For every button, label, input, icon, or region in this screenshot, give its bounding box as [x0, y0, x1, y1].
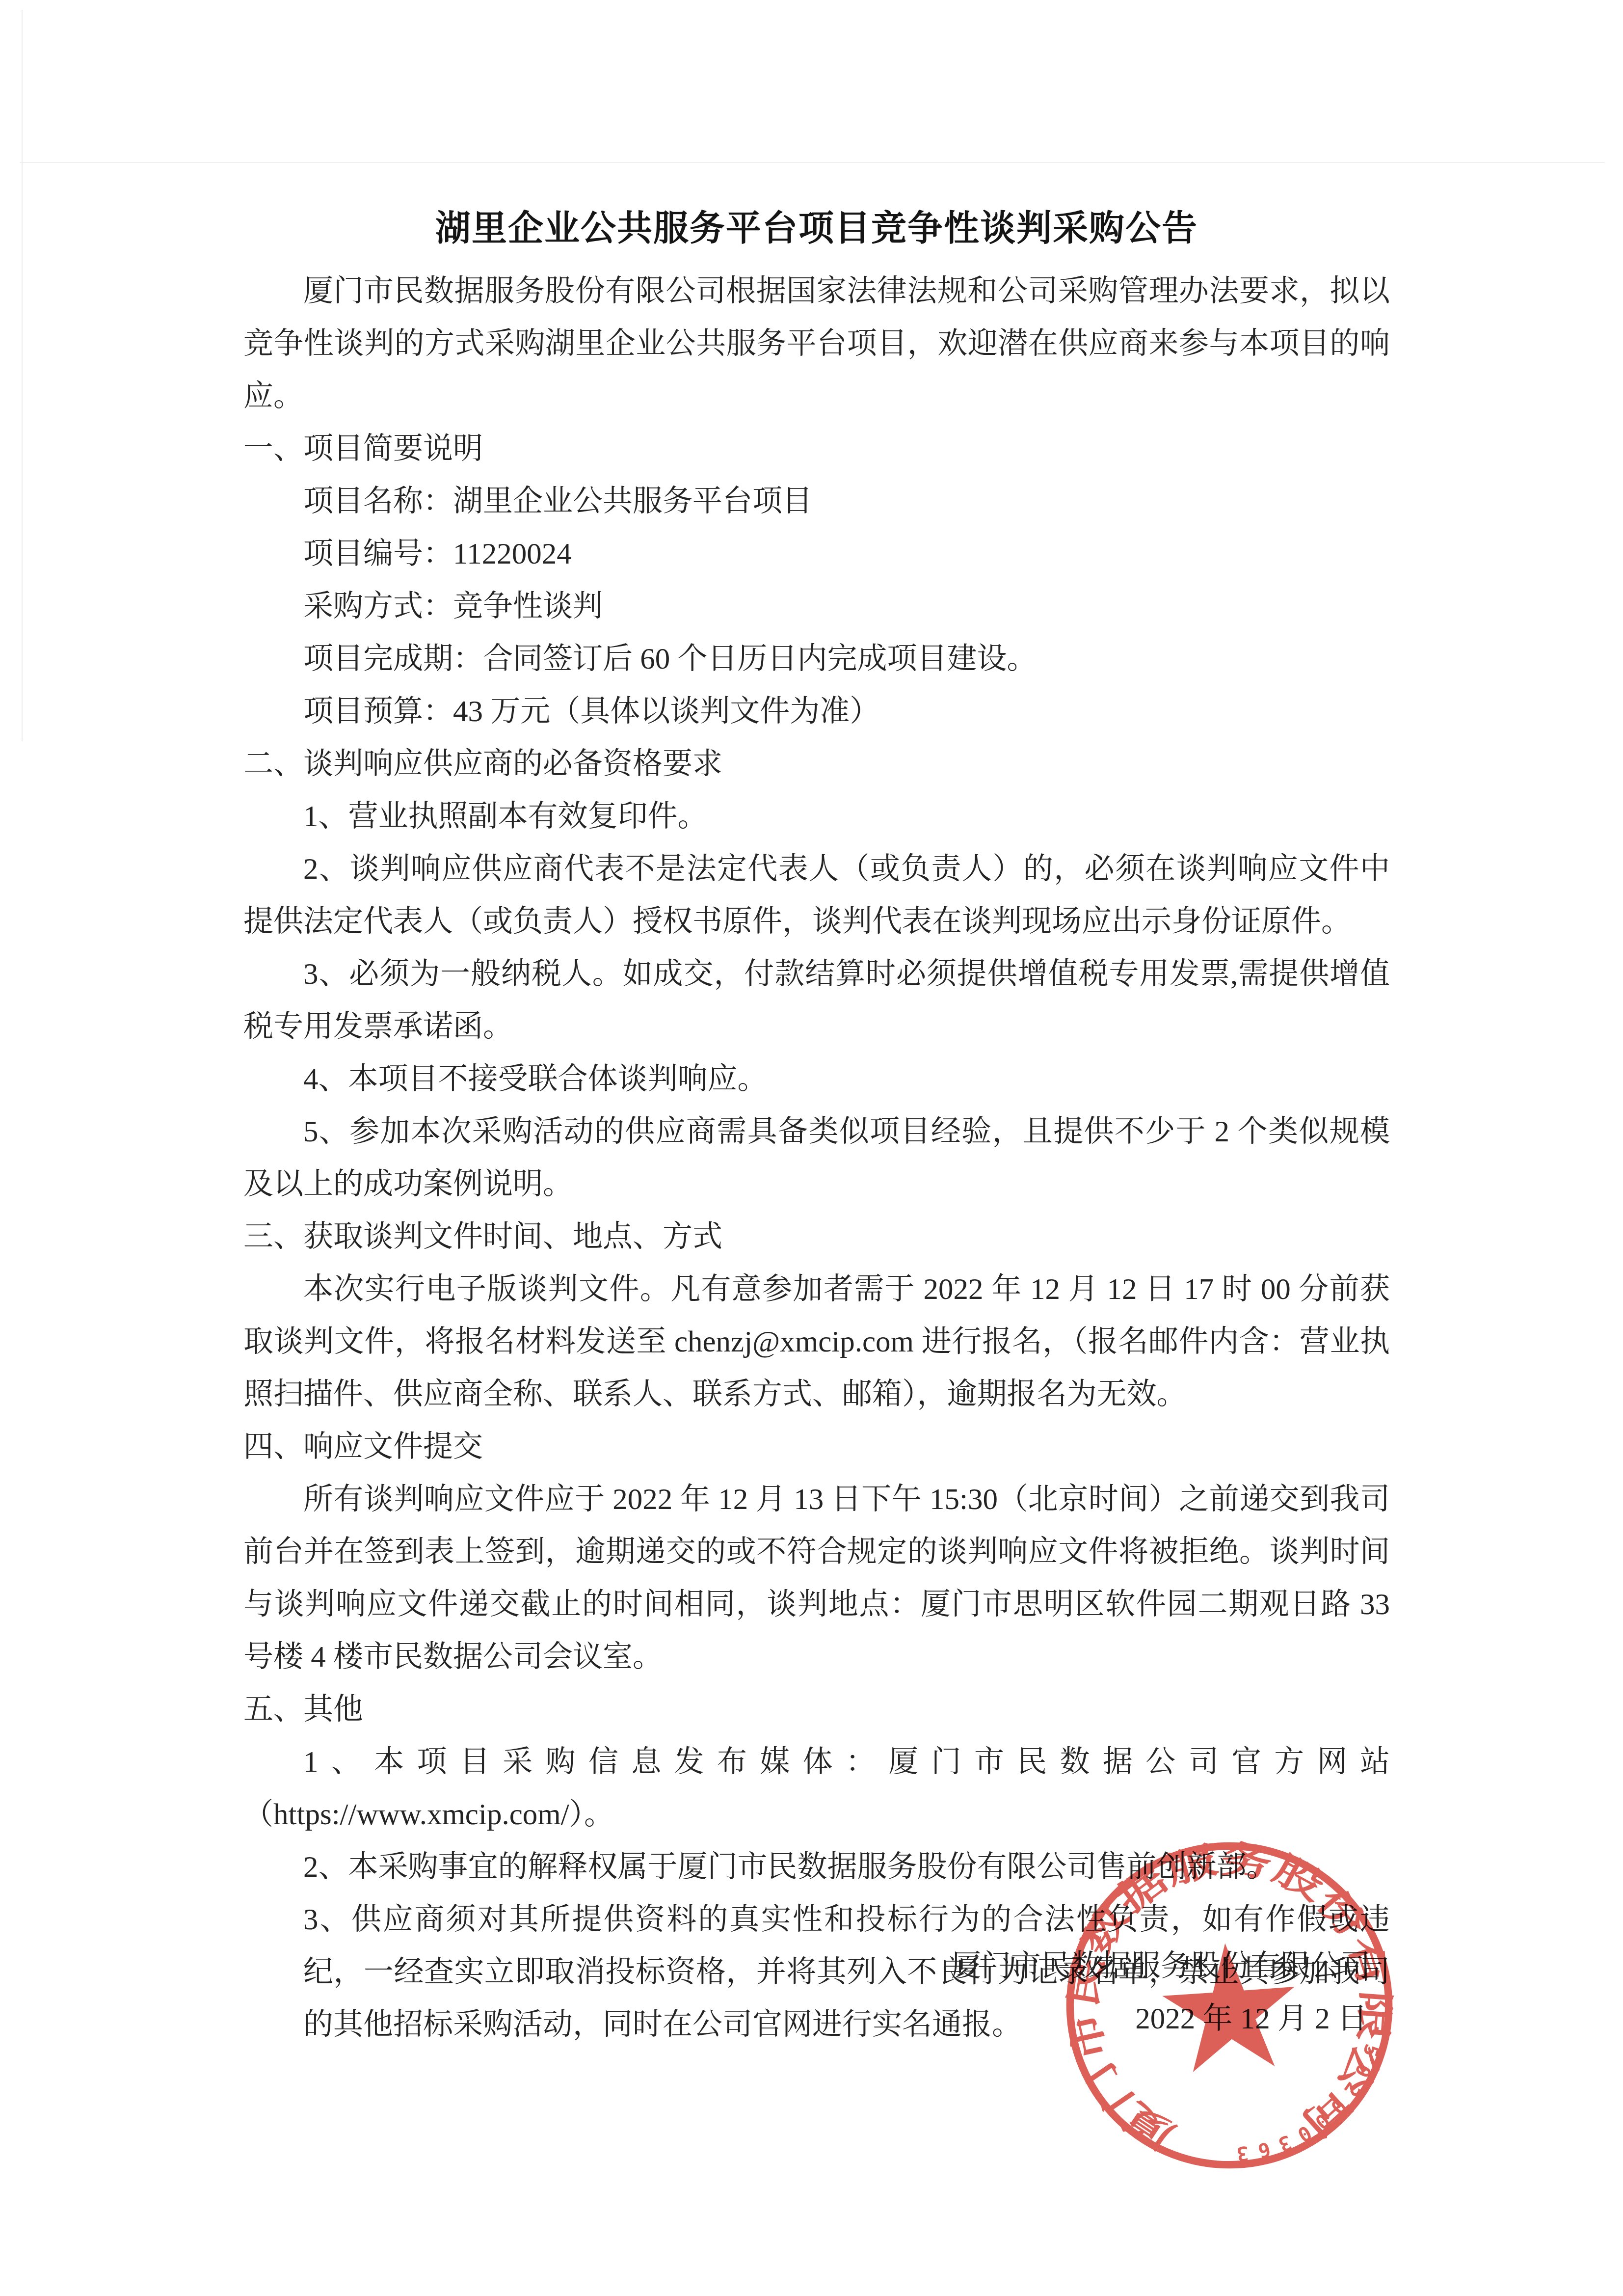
procurement-method-line: 采购方式：竞争性谈判 [243, 580, 1390, 633]
intro-paragraph: 厦门市民数据服务股份有限公司根据国家法律法规和公司采购管理办法要求，拟以竞争性谈… [243, 265, 1390, 423]
section-heading-3: 三、获取谈判文件时间、地点、方式 [243, 1211, 1390, 1263]
other-item-1: 1、本项目采购信息发布媒体：厦门市民数据公司官方网站（https://www.x… [243, 1736, 1390, 1841]
document-page: 湖里企业公共服务平台项目竞争性谈判采购公告 厦门市民数据服务股份有限公司根据国家… [0, 0, 1623, 2296]
section-heading-5: 五、其他 [243, 1683, 1390, 1736]
company-seal: 厦门市民数据服务股份有限公司 3502000363 [1049, 1825, 1410, 2186]
qualification-item-1: 1、营业执照副本有效复印件。 [243, 790, 1390, 843]
section-heading-1: 一、项目简要说明 [243, 423, 1390, 475]
document-obtain-paragraph: 本次实行电子版谈判文件。凡有意参加者需于 2022 年 12 月 12 日 17… [243, 1263, 1390, 1421]
document-body: 湖里企业公共服务平台项目竞争性谈判采购公告 厦门市民数据服务股份有限公司根据国家… [243, 196, 1390, 2051]
submission-paragraph: 所有谈判响应文件应于 2022 年 12 月 13 日下午 15:30（北京时间… [243, 1473, 1390, 1683]
qualification-item-5: 5、参加本次采购活动的供应商需具备类似项目经验，且提供不少于 2 个类似规模及以… [243, 1106, 1390, 1211]
section-heading-2: 二、谈判响应供应商的必备资格要求 [243, 738, 1390, 790]
qualification-item-4: 4、本项目不接受联合体谈判响应。 [243, 1053, 1390, 1106]
seal-star-icon [1159, 1939, 1300, 2074]
project-number-line: 项目编号：11220024 [243, 528, 1390, 580]
section-heading-4: 四、响应文件提交 [243, 1421, 1390, 1473]
qualification-item-3: 3、必须为一般纳税人。如成交，付款结算时必须提供增值税专用发票,需提供增值税专用… [243, 948, 1390, 1053]
scan-artifact-vertical [22, 10, 23, 741]
project-name-line: 项目名称：湖里企业公共服务平台项目 [243, 475, 1390, 528]
qualification-item-2: 2、谈判响应供应商代表不是法定代表人（或负责人）的，必须在谈判响应文件中提供法定… [243, 843, 1390, 948]
completion-period-line: 项目完成期：合同签订后 60 个日历日内完成项目建设。 [243, 633, 1390, 685]
document-title: 湖里企业公共服务平台项目竞争性谈判采购公告 [243, 196, 1390, 260]
budget-line: 项目预算：43 万元（具体以谈判文件为准） [243, 685, 1390, 738]
scan-artifact-horizontal [20, 162, 1605, 163]
